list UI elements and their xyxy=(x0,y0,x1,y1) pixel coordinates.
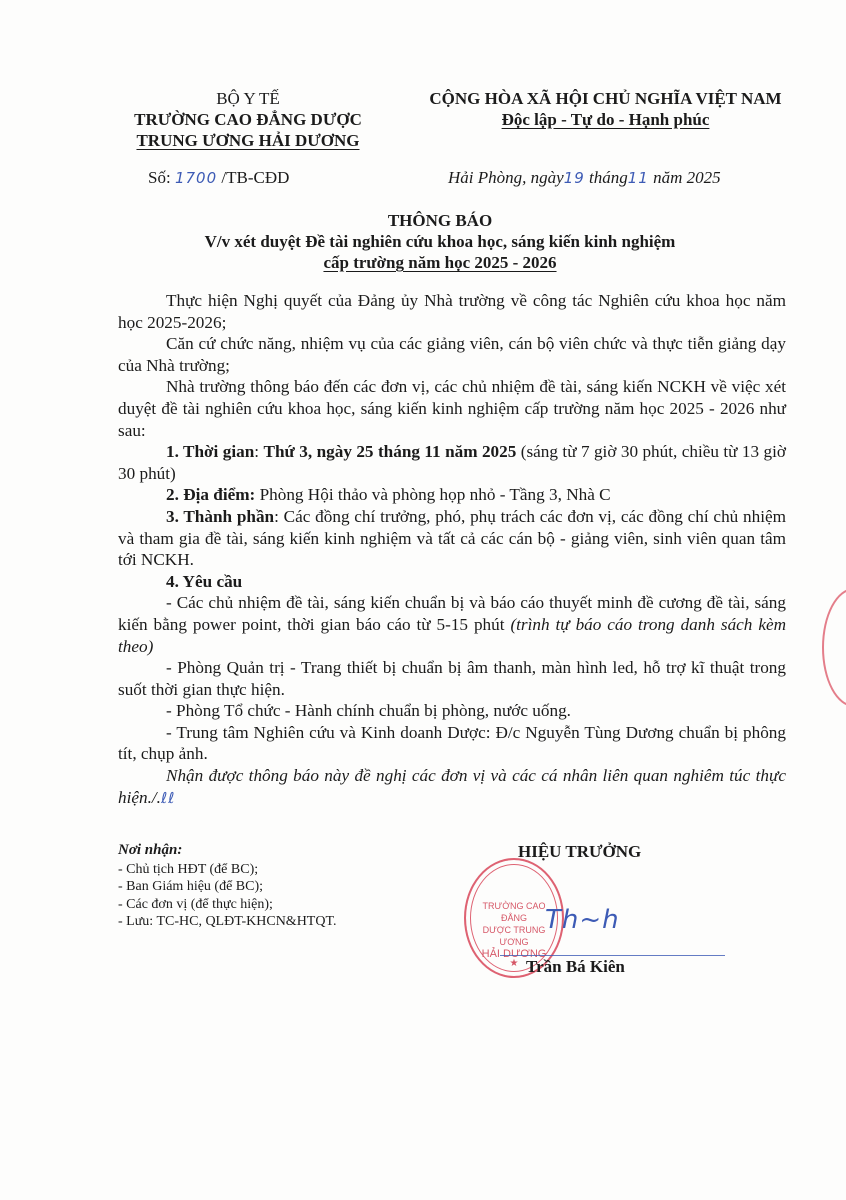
signature-stroke xyxy=(500,955,725,956)
date-month-handwritten: 11 xyxy=(628,169,649,187)
document-body: Thực hiện Nghị quyết của Đảng ủy Nhà trư… xyxy=(118,290,786,809)
item-requirements-label: 4. Yêu cầu xyxy=(118,571,786,593)
school-name-line2-text: TRUNG ƯƠNG HẢI DƯƠNG xyxy=(136,131,359,150)
date-day-handwritten: 19 xyxy=(564,169,585,187)
recipient-item: - Các đơn vị (để thực hiện); xyxy=(118,896,428,914)
national-header: CỘNG HÒA XÃ HỘI CHỦ NGHĨA VIỆT NAM Độc l… xyxy=(408,88,803,130)
item-time-label: 1. Thời gian xyxy=(166,442,254,461)
requirement-presenters: - Các chủ nhiệm đề tài, sáng kiến chuẩn … xyxy=(118,592,786,657)
recipient-item: - Chủ tịch HĐT (để BC); xyxy=(118,861,428,879)
issuer-header: BỘ Y TẾ TRƯỜNG CAO ĐẲNG DƯỢC TRUNG ƯƠNG … xyxy=(108,88,388,151)
school-name-line2: TRUNG ƯƠNG HẢI DƯƠNG xyxy=(108,130,388,151)
school-name-line1: TRƯỜNG CAO ĐẲNG DƯỢC xyxy=(108,109,388,130)
document-title: THÔNG BÁO V/v xét duyệt Đề tài nghiên cứ… xyxy=(120,210,760,273)
closing-statement: Nhận được thông báo này đề nghị các đơn … xyxy=(118,765,786,809)
paragraph-announcement: Nhà trường thông báo đến các đơn vị, các… xyxy=(118,376,786,441)
subject-line1: V/v xét duyệt Đề tài nghiên cứu khoa học… xyxy=(120,231,760,252)
doc-type: THÔNG BÁO xyxy=(120,210,760,231)
subject-line2: cấp trường năm học 2025 - 2026 xyxy=(120,252,760,273)
paragraph-basis: Căn cứ chức năng, nhiệm vụ của các giảng… xyxy=(118,333,786,376)
item-location-label: 2. Địa điểm: xyxy=(166,485,255,504)
date-year: năm 2025 xyxy=(653,168,721,187)
signature-handwritten: Th~h xyxy=(545,905,620,935)
motto-text: Độc lập - Tự do - Hạnh phúc xyxy=(502,110,710,129)
document-page: BỘ Y TẾ TRƯỜNG CAO ĐẲNG DƯỢC TRUNG ƯƠNG … xyxy=(0,0,846,1200)
ministry-name: BỘ Y TẾ xyxy=(108,88,388,109)
date-prefix: Hải Phòng, ngày xyxy=(448,168,564,187)
signer-name: Trần Bá Kiên xyxy=(526,957,625,977)
recipients-label: Nơi nhận: xyxy=(118,842,428,860)
seal-line1: TRƯỜNG CAO ĐẲNG xyxy=(474,900,554,924)
item-participants-label: 3. Thành phần xyxy=(166,507,274,526)
ref-suffix: /TB-CĐD xyxy=(221,168,289,187)
item-participants: 3. Thành phần: Các đồng chí trưởng, phó,… xyxy=(118,506,786,571)
issue-date: Hải Phòng, ngày19 tháng11 năm 2025 xyxy=(448,168,721,188)
paragraph-resolution: Thực hiện Nghị quyết của Đảng ủy Nhà trư… xyxy=(118,290,786,333)
closing-text: Nhận được thông báo này đề nghị các đơn … xyxy=(118,766,786,807)
requirement-hr-office: - Phòng Tổ chức - Hành chính chuẩn bị ph… xyxy=(118,700,786,722)
motto: Độc lập - Tự do - Hạnh phúc xyxy=(408,109,803,130)
initials-handwritten: ℓℓ xyxy=(161,789,175,807)
subject-line2-text: cấp trường năm học 2025 - 2026 xyxy=(323,253,556,272)
recipient-item: - Ban Giám hiệu (để BC); xyxy=(118,878,428,896)
item-time-date: Thứ 3, ngày 25 tháng 11 năm 2025 xyxy=(263,442,516,461)
item-location: 2. Địa điểm: Phòng Hội thảo và phòng họp… xyxy=(118,484,786,506)
item-time: 1. Thời gian: Thứ 3, ngày 25 tháng 11 nă… xyxy=(118,441,786,484)
date-month-label: tháng xyxy=(589,168,628,187)
ref-number-handwritten: 1700 xyxy=(175,169,217,187)
signer-title: HIỆU TRƯỞNG xyxy=(518,842,641,862)
reference-number: Số: 1700 /TB-CĐD xyxy=(148,168,289,188)
recipient-item: - Lưu: TC-HC, QLĐT-KHCN&HTQT. xyxy=(118,913,428,931)
nation-name: CỘNG HÒA XÃ HỘI CHỦ NGHĨA VIỆT NAM xyxy=(408,88,803,109)
ref-prefix: Số: xyxy=(148,168,171,187)
item-location-text: Phòng Hội thảo và phòng họp nhỏ - Tầng 3… xyxy=(255,485,610,504)
recipients-block: Nơi nhận: - Chủ tịch HĐT (để BC); - Ban … xyxy=(118,842,428,931)
requirement-research-center: - Trung tâm Nghiên cứu và Kinh doanh Dượ… xyxy=(118,722,786,765)
seal-line2: DƯỢC TRUNG ƯƠNG xyxy=(474,924,554,948)
requirement-admin-office: - Phòng Quản trị - Trang thiết bị chuẩn … xyxy=(118,657,786,700)
seal-edge-partial xyxy=(822,588,846,707)
